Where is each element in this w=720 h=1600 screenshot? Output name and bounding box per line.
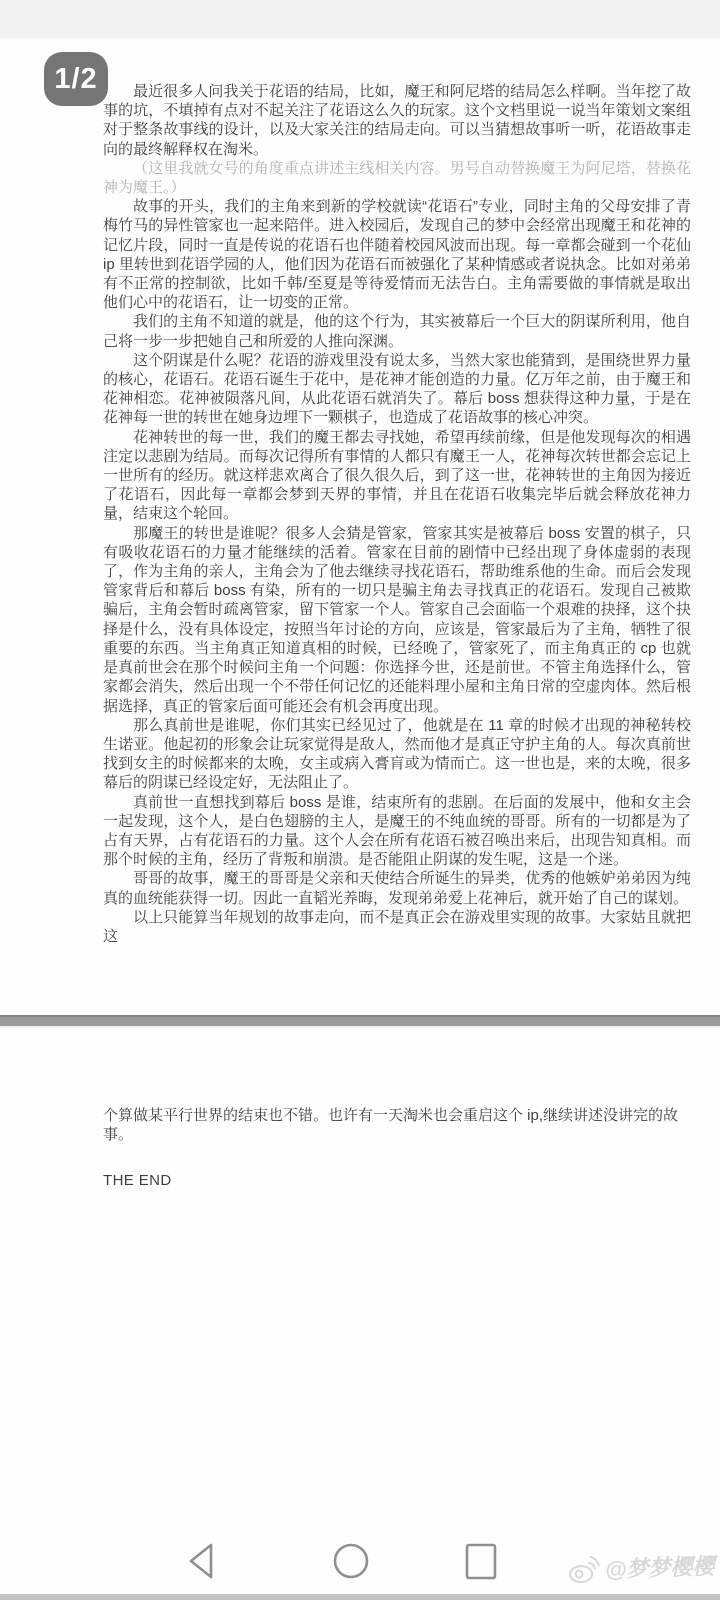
paragraph-closing: 以上只能算当年规划的故事走向，而不是真正会在游戏里实现的故事。大家姑且就把这 <box>103 908 691 946</box>
home-button[interactable] <box>331 1541 371 1581</box>
page-divider <box>0 1015 720 1026</box>
document-page-2: 个算做某平行世界的结束也不错。也许有一天淘米也会重启这个 ip,继续讲述没讲完的… <box>103 1106 703 1191</box>
paragraph-story-start: 故事的开头，我们的主角来到新的学校就读“花语石”专业，同时主角的父母安排了青梅竹… <box>103 197 691 312</box>
watermark-text: @梦梦樱樱 <box>604 1555 714 1581</box>
screen-edge-strip <box>0 1594 720 1600</box>
recents-button[interactable] <box>463 1542 499 1582</box>
paragraph-conspiracy: 这个阴谋是什么呢？花语的游戏里没有说太多，当然大家也能猜到，是围绕世界力量的核心… <box>103 351 691 428</box>
home-circle-icon <box>331 1569 371 1584</box>
back-triangle-icon <box>187 1569 217 1584</box>
paragraph-conspiracy-hint: 我们的主角不知道的就是，他的这个行为，其实被幕后一个巨大的阴谋所利用，他自己将一… <box>103 312 691 350</box>
paragraph-continuation: 个算做某平行世界的结束也不错。也许有一天淘米也会重启这个 ip,继续讲述没讲完的… <box>103 1106 703 1144</box>
paragraph-reincarnation: 花神转世的每一世，我们的魔王都去寻找她，希望再续前缘，但是他发现每次的相遇注定以… <box>103 428 691 524</box>
page-indicator-badge: 1/2 <box>44 52 108 106</box>
watermark: @梦梦樱樱 <box>567 1549 715 1588</box>
paragraph-true-past-life: 那么真前世是谁呢，你们其实已经见过了，他就是在 11 章的时候才出现的神秘转校生… <box>103 716 691 793</box>
back-button[interactable] <box>187 1541 217 1581</box>
author-note-paragraph: （这里我就女号的角度重点讲述主线相关内容。男号自动替换魔王为阿尼塔，替换花神为魔… <box>103 159 691 197</box>
paragraph-intro: 最近很多人问我关于花语的结局，比如，魔王和阿尼塔的结局怎么样啊。当年挖了故事的坑… <box>103 82 691 159</box>
document-page-1: 最近很多人问我关于花语的结局，比如，魔王和阿尼塔的结局怎么样啊。当年挖了故事的坑… <box>103 82 691 946</box>
status-bar-area <box>0 0 720 38</box>
weibo-logo-icon <box>567 1553 600 1588</box>
the-end-label: THE END <box>103 1171 703 1190</box>
paragraph-butler: 那魔王的转世是谁呢？很多人会猜是管家，管家其实是被幕后 boss 安置的棋子，只… <box>103 524 691 716</box>
paragraph-final-boss: 真前世一直想找到幕后 boss 是谁，结束所有的悲剧。在后面的发展中，他和女主会… <box>103 793 691 870</box>
page-indicator-label: 1/2 <box>54 63 97 96</box>
recents-square-icon <box>463 1570 499 1585</box>
paragraph-brother: 哥哥的故事，魔王的哥哥是父亲和天使结合所诞生的异类，优秀的他嫉妒弟弟因为纯真的血… <box>103 869 691 907</box>
